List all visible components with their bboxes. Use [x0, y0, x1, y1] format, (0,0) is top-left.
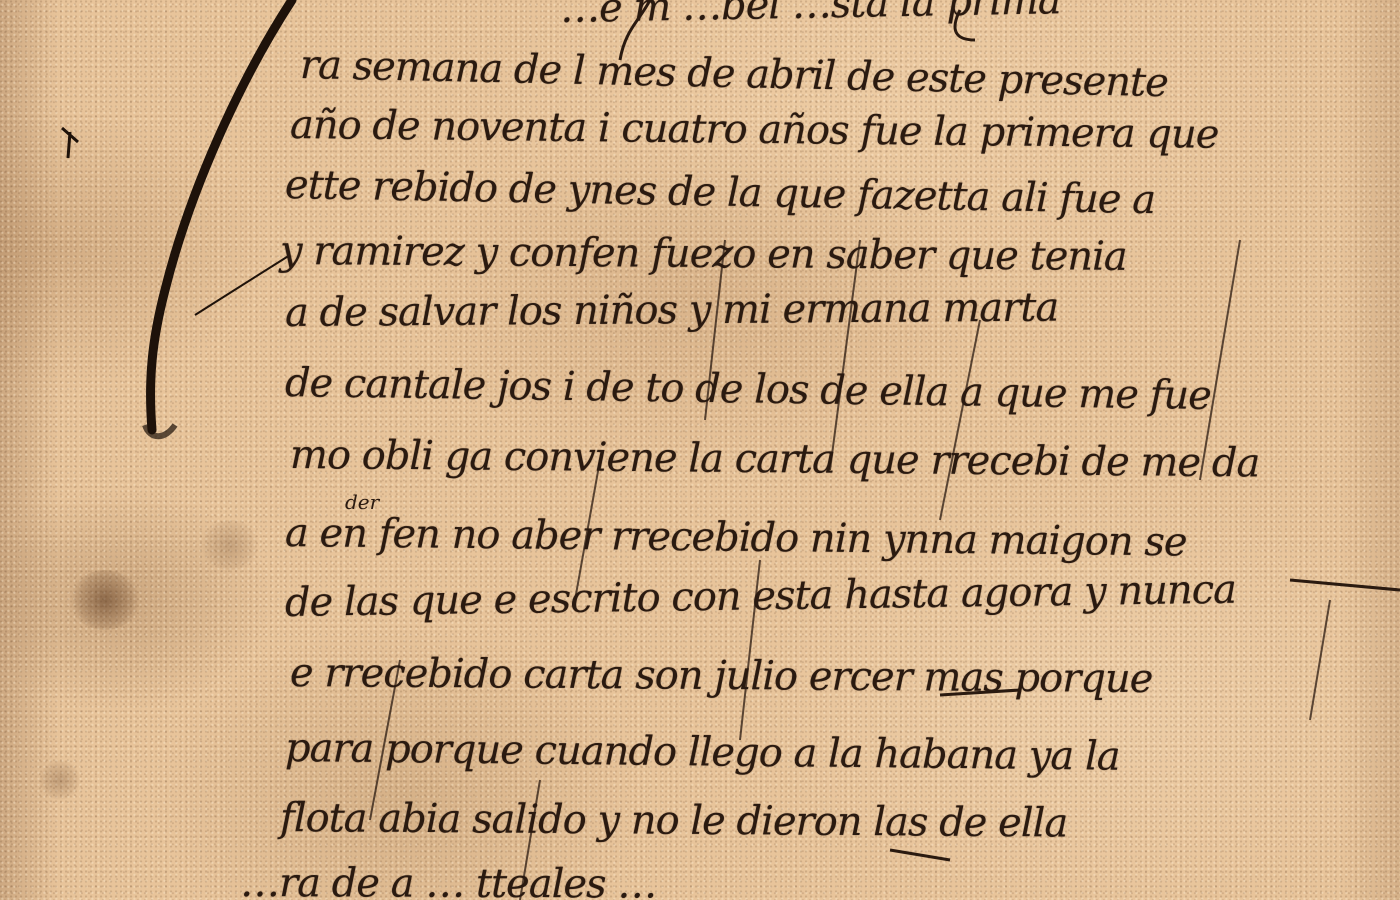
manuscript-line: …ra de a … tteales …	[240, 860, 656, 900]
cross-mark	[62, 128, 78, 158]
manuscript-line: para porque cuando llego a la habana ya …	[285, 725, 1120, 780]
manuscript-line: e rrecebido carta son julio ercer mas po…	[290, 650, 1153, 702]
manuscript-line: y ramirez y confen fuezo en saber que te…	[280, 228, 1127, 280]
manuscript-line: …e m …bel …sta la prima	[560, 0, 1061, 32]
ink-stain	[200, 520, 260, 570]
manuscript-line: a en fen no aber rrecebido nin ynna maig…	[285, 510, 1187, 565]
manuscript-line: ette rebido de ynes de la que fazetta al…	[285, 162, 1156, 223]
manuscript-line: de las que e escrito con esta hasta agor…	[285, 567, 1237, 626]
manuscript-line: mo obli ga conviene la carta que rrecebi…	[290, 432, 1260, 486]
manuscript-line: ra semana de l mes de abril de este pres…	[300, 42, 1169, 106]
manuscript-line: flota abia salido y no le dieron las de …	[280, 795, 1068, 846]
manuscript-line: año de noventa i cuatro años fue la prim…	[290, 102, 1219, 158]
manuscript-line: de cantale jos i de to de los de ella a …	[285, 360, 1212, 419]
margin-pen-stroke	[0, 0, 320, 460]
ink-stain	[40, 760, 80, 800]
manuscript-line: a de salvar los niños y mi ermana marta	[285, 285, 1059, 336]
ink-stain	[70, 570, 140, 630]
